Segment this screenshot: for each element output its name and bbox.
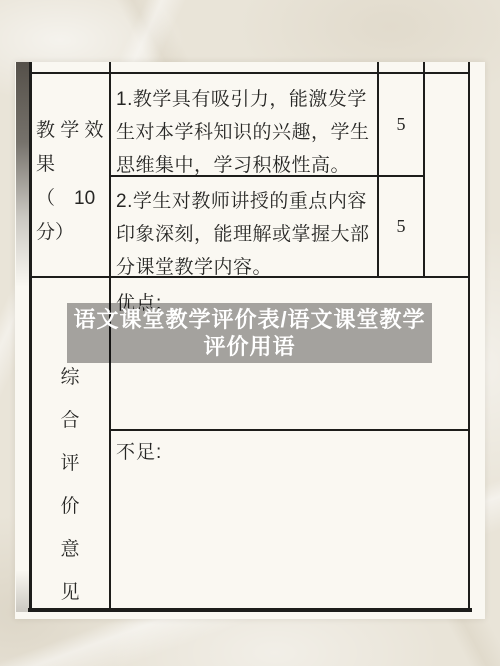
criterion-1-score: 5 [379,74,423,175]
page-binding-shadow [16,62,29,312]
vertical-header-char: 价 [60,491,79,518]
table-border-bottom [28,608,472,612]
vertical-header-char: 见 [60,577,79,604]
caption-overlay-title: 语文课堂教学评价表/语文课堂教学 评价用语 [67,303,432,363]
weaknesses-label: 不足: [116,437,162,464]
vertical-header-char: 意 [60,534,79,561]
criterion-2-text: 2.学生对教师讲授的重点内容 印象深刻，能理解或掌握大部 分课堂教学内容。 [116,185,378,284]
vertical-header-char: 综 [60,362,79,389]
table-divider-strengths-weaknesses [109,429,470,431]
table-border-col-score-right [423,62,425,278]
page-binding-shadow-lower [16,570,29,612]
scanned-form-page: 教 学 效 果 （ 10 分） 1.教学具有吸引力，能激发学 生对本学科知识的兴… [15,62,485,619]
caption-title-line2: 评价用语 [67,333,432,360]
row-header-teaching-effect: 教 学 效 果 （ 10 分） [36,114,108,250]
criterion-1-text: 1.教学具有吸引力，能激发学 生对本学科知识的兴趣，学生 思维集中，学习积极性高… [116,83,378,182]
caption-title-line1: 语文课堂教学评价表/语文课堂教学 [67,306,432,333]
table-border-right [468,62,470,612]
vertical-header-char: 合 [60,405,79,432]
row-header-comprehensive-evaluation: 综 合 评 价 意 见 [31,362,109,604]
vertical-header-char: 评 [60,448,79,475]
criterion-2-score: 5 [379,177,423,276]
